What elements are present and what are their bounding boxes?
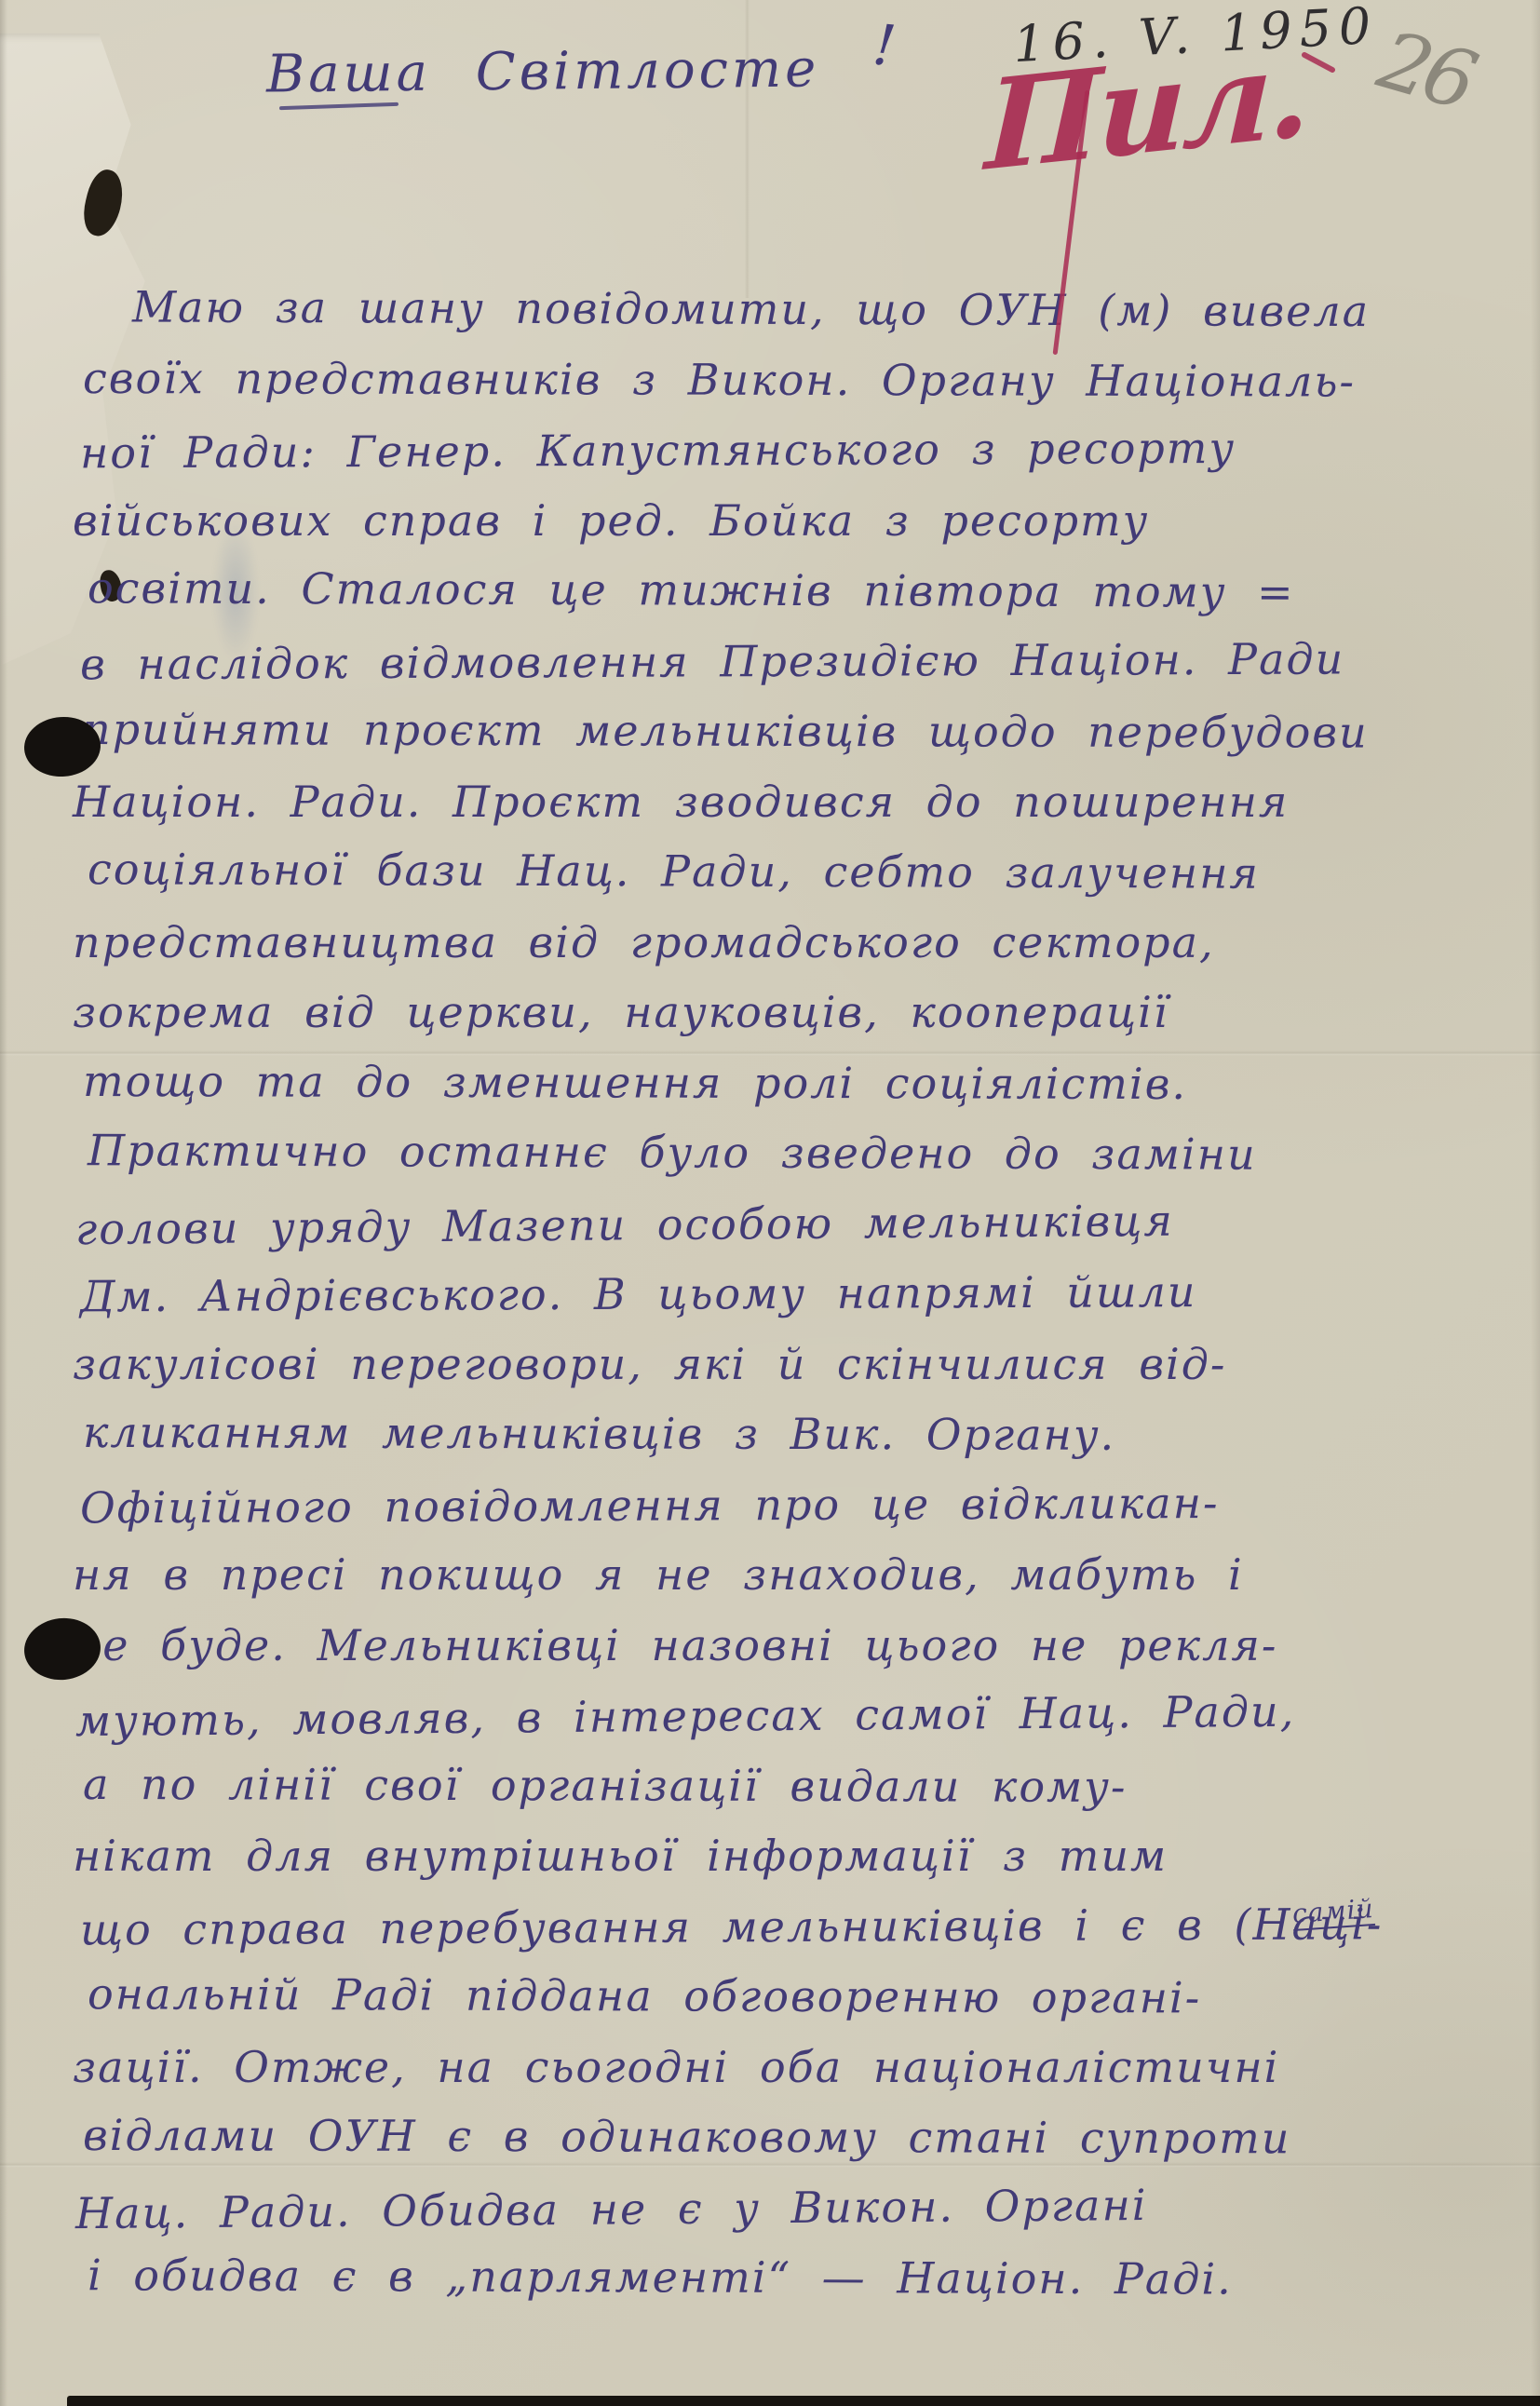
handwritten-line: Офіційного повідомлення про це відкликан… bbox=[80, 1467, 1520, 1543]
salutation: Ваша Світлосте! bbox=[266, 34, 900, 105]
handwritten-line: освіти. Сталося це тижнів півтора тому = bbox=[88, 553, 1527, 629]
handwritten-line: тощо та до зменшення ролі соціялістів. bbox=[83, 1046, 1522, 1120]
handwritten-line: ня в пресі покищо я не знаходив, мабуть … bbox=[73, 1540, 1512, 1611]
handwritten-line: Маю за шану повідомити, що ОУН (м) вивел… bbox=[88, 272, 1527, 347]
handwritten-line: Дм. Андрієвського. В цьому напрямі йшли bbox=[80, 1256, 1520, 1332]
handwritten-line: зації. Отже, на сьогодні оба націоналіст… bbox=[73, 2033, 1512, 2103]
page-number-pencil: 26 bbox=[1369, 14, 1481, 128]
scan-edge-shadow bbox=[1531, 0, 1540, 2406]
handwritten-line: голови уряду Мазепи особою мельниківця bbox=[75, 1183, 1516, 1264]
letter-body: Маю за шану повідомити, що ОУН (м) вивел… bbox=[73, 275, 1512, 2314]
handwritten-line: кликанням мельниківців з Вик. Органу. bbox=[83, 1398, 1522, 1472]
handwritten-line: своїх представників з Викон. Органу Наці… bbox=[83, 343, 1522, 417]
salutation-text: Ваша Світлосте bbox=[266, 38, 820, 104]
handwritten-line: і обидва є в „парляменті“ — Націон. Раді… bbox=[88, 2240, 1527, 2316]
handwritten-line: не буде. Мельниківці назовні цього не ре… bbox=[73, 1611, 1512, 1682]
handwritten-line: ної Ради: Генер. Капустянського з ресорт… bbox=[80, 412, 1520, 489]
handwritten-line: представництва від громадського сектора, bbox=[73, 908, 1512, 979]
handwritten-line: Націон. Ради. Проєкт зводився до поширен… bbox=[73, 767, 1512, 838]
handwritten-line: а по лінії свої організації видали кому- bbox=[83, 1749, 1522, 1823]
scan-edge bbox=[67, 2396, 1540, 2406]
handwritten-line: прийняти проєкт мельниківців щодо перебу… bbox=[83, 695, 1522, 769]
handwritten-line: зокрема від церкви, науковців, коопераці… bbox=[73, 978, 1512, 1048]
handwritten-line: в наслідок відмовлення Президією Націон.… bbox=[80, 623, 1520, 699]
handwritten-line: закулісові переговори, які й скінчилися … bbox=[73, 1330, 1512, 1400]
handwritten-line: мують, мовляв, в інтересах самої Нац. Ра… bbox=[75, 1675, 1516, 1757]
handwritten-line: нікат для внутрішньої інформації з тим bbox=[73, 1821, 1512, 1892]
handwritten-line: соціяльної бази Нац. Ради, себто залучен… bbox=[88, 834, 1527, 910]
handwritten-line: відлами ОУН є в одинаковому стані супрот… bbox=[83, 2101, 1522, 2175]
salutation-exclamation: ! bbox=[871, 12, 903, 79]
handwritten-line: Нац. Ради. Обидва не є у Викон. Органі bbox=[75, 2167, 1516, 2249]
handwritten-line: Практично останнє було зведено до заміни bbox=[88, 1115, 1527, 1191]
scan-edge-shadow bbox=[0, 0, 7, 2406]
inserted-word-above-line: самій bbox=[1291, 1893, 1375, 1931]
letter-page: 16. V. 1950 26 Пил. Ваша Світлосте! Маю … bbox=[0, 0, 1540, 2406]
handwritten-line: ональній Раді піддана обговоренню органі… bbox=[88, 1959, 1527, 2034]
handwritten-line: військових справ і ред. Бойка з ресорту bbox=[73, 486, 1512, 557]
